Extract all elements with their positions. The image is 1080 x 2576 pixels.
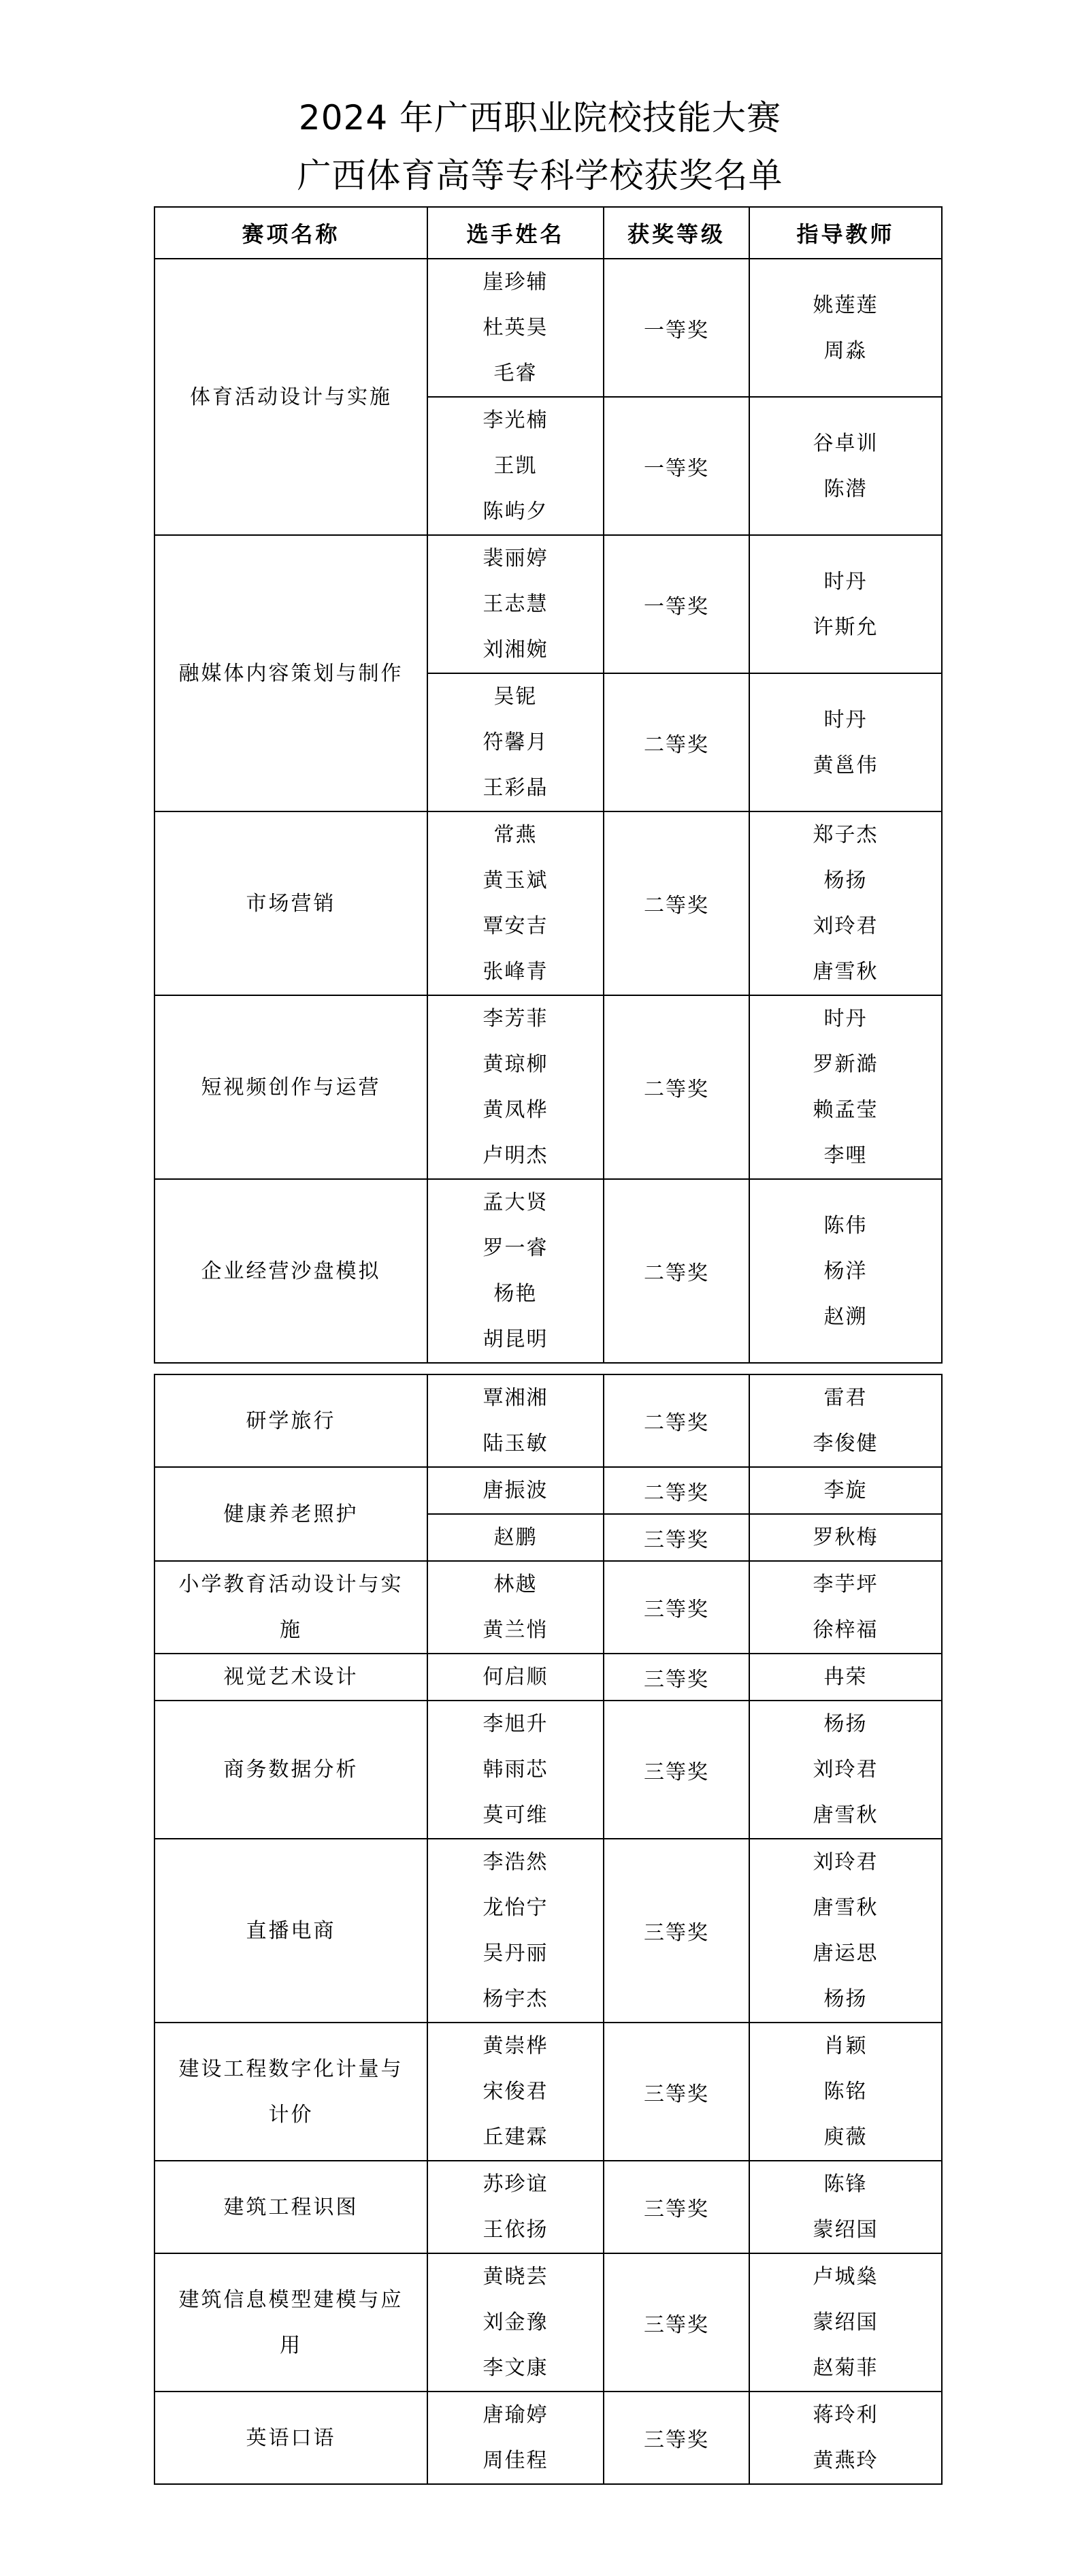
teacher-name: 李旋 [750, 1468, 941, 1513]
teacher-names-cell: 刘玲君唐雪秋唐运思杨扬 [749, 1839, 942, 2023]
award-level-cell: 三等奖 [604, 1561, 749, 1654]
student-names-cell: 唐振波 [427, 1467, 604, 1514]
teacher-names-cell: 谷卓训陈潜 [749, 397, 942, 535]
student-name: 周佳程 [428, 2438, 603, 2483]
award-level-cell: 一等奖 [604, 397, 749, 535]
award-level-cell: 三等奖 [604, 2023, 749, 2161]
teacher-name: 周淼 [750, 328, 941, 374]
event-name-cell: 融媒体内容策划与制作 [154, 535, 427, 811]
award-level-cell: 三等奖 [604, 1701, 749, 1839]
awards-table-page-1: 赛项名称 选手姓名 获奖等级 指导教师 体育活动设计与实施崖珍辅杜英昊毛睿一等奖… [154, 206, 943, 1364]
student-name: 李浩然 [428, 1839, 603, 1885]
teacher-name: 李芋坪 [750, 1562, 941, 1607]
header-teacher: 指导教师 [749, 207, 942, 259]
student-name: 唐瑜婷 [428, 2392, 603, 2438]
teacher-name: 李哩 [750, 1133, 941, 1178]
teacher-name: 陈伟 [750, 1203, 941, 1249]
table-row: 体育活动设计与实施崖珍辅杜英昊毛睿一等奖姚莲莲周淼 [154, 259, 942, 397]
student-name: 苏珍谊 [428, 2161, 603, 2207]
teacher-names-cell: 时丹罗新澔赖孟莹李哩 [749, 995, 942, 1179]
teacher-names-cell: 杨扬刘玲君唐雪秋 [749, 1701, 942, 1839]
teacher-name: 赵菊菲 [750, 2345, 941, 2391]
teacher-name: 蒙绍国 [750, 2300, 941, 2345]
student-name: 覃安吉 [428, 903, 603, 949]
teacher-name: 蒋玲利 [750, 2392, 941, 2438]
award-level-cell: 二等奖 [604, 995, 749, 1179]
table-row: 英语口语唐瑜婷周佳程三等奖蒋玲利黄燕玲 [154, 2392, 942, 2484]
teacher-name: 姚莲莲 [750, 283, 941, 328]
teacher-name: 肖颖 [750, 2023, 941, 2069]
student-names-cell: 黄晓芸刘金豫李文康 [427, 2253, 604, 2392]
teacher-name: 许斯允 [750, 605, 941, 650]
header-event: 赛项名称 [154, 207, 427, 259]
teacher-name: 唐雪秋 [750, 949, 941, 995]
student-name: 崖珍辅 [428, 259, 603, 305]
student-names-cell: 唐瑜婷周佳程 [427, 2392, 604, 2484]
table-row: 建筑工程识图苏珍谊王依扬三等奖陈锋蒙绍国 [154, 2161, 942, 2253]
teacher-name: 陈潜 [750, 466, 941, 512]
student-names-cell: 李浩然龙怡宁吴丹丽杨宇杰 [427, 1839, 604, 2023]
teacher-names-cell: 姚莲莲周淼 [749, 259, 942, 397]
teacher-name: 雷君 [750, 1375, 941, 1421]
student-names-cell: 孟大贤罗一睿杨艳胡昆明 [427, 1179, 604, 1363]
teacher-name: 刘玲君 [750, 903, 941, 949]
student-name: 王志慧 [428, 581, 603, 627]
event-name-cell: 企业经营沙盘模拟 [154, 1179, 427, 1363]
student-name: 罗一睿 [428, 1225, 603, 1271]
teacher-name: 罗秋梅 [750, 1515, 941, 1560]
student-name: 唐振波 [428, 1468, 603, 1513]
table-row: 短视频创作与运营李芳菲黄琼柳黄凤桦卢明杰二等奖时丹罗新澔赖孟莹李哩 [154, 995, 942, 1179]
teacher-names-cell: 蒋玲利黄燕玲 [749, 2392, 942, 2484]
student-name: 张峰青 [428, 949, 603, 995]
award-level-cell: 三等奖 [604, 1514, 749, 1561]
event-name-cell: 市场营销 [154, 811, 427, 995]
student-names-cell: 李光楠王凯陈屿夕 [427, 397, 604, 535]
teacher-name: 卢城燊 [750, 2254, 941, 2300]
student-name: 莫可维 [428, 1792, 603, 1838]
teacher-names-cell: 雷君李俊健 [749, 1374, 942, 1467]
teacher-name: 陈锋 [750, 2161, 941, 2207]
table-row: 企业经营沙盘模拟孟大贤罗一睿杨艳胡昆明二等奖陈伟杨洋赵溯 [154, 1179, 942, 1363]
student-name: 宋俊君 [428, 2069, 603, 2114]
document-title-line-1: 2024 年广西职业院校技能大赛 [0, 97, 1080, 138]
teacher-name: 唐雪秋 [750, 1792, 941, 1838]
teacher-names-cell: 时丹黄邕伟 [749, 673, 942, 811]
student-name: 丘建霖 [428, 2114, 603, 2160]
header-award: 获奖等级 [604, 207, 749, 259]
award-level-cell: 一等奖 [604, 535, 749, 673]
table-row: 健康养老照护唐振波二等奖李旋 [154, 1467, 942, 1514]
teacher-names-cell: 李芋坪徐梓福 [749, 1561, 942, 1654]
student-name: 黄玉斌 [428, 858, 603, 903]
event-name-cell: 建筑信息模型建模与应用 [154, 2253, 427, 2392]
student-name: 孟大贤 [428, 1180, 603, 1225]
award-level-cell: 三等奖 [604, 1839, 749, 2023]
table-row: 研学旅行覃湘湘陆玉敏二等奖雷君李俊健 [154, 1374, 942, 1467]
student-name: 黄崇桦 [428, 2023, 603, 2069]
event-name-cell: 短视频创作与运营 [154, 995, 427, 1179]
student-names-cell: 黄崇桦宋俊君丘建霖 [427, 2023, 604, 2161]
teacher-name: 时丹 [750, 996, 941, 1042]
student-name: 赵鹏 [428, 1515, 603, 1560]
student-name: 何启顺 [428, 1654, 603, 1700]
student-name: 杨艳 [428, 1271, 603, 1317]
teacher-name: 唐雪秋 [750, 1885, 941, 1931]
award-level-cell: 二等奖 [604, 673, 749, 811]
student-names-cell: 赵鹏 [427, 1514, 604, 1561]
student-names-cell: 崖珍辅杜英昊毛睿 [427, 259, 604, 397]
student-name: 林越 [428, 1562, 603, 1607]
student-name: 杨宇杰 [428, 1976, 603, 2022]
student-name: 韩雨芯 [428, 1747, 603, 1792]
student-name: 毛睿 [428, 351, 603, 396]
event-name-cell: 商务数据分析 [154, 1701, 427, 1839]
award-level-cell: 二等奖 [604, 1374, 749, 1467]
teacher-names-cell: 卢城燊蒙绍国赵菊菲 [749, 2253, 942, 2392]
teacher-name: 罗新澔 [750, 1042, 941, 1087]
event-name-cell: 健康养老照护 [154, 1467, 427, 1561]
student-name: 陈屿夕 [428, 489, 603, 534]
award-level-cell: 二等奖 [604, 1179, 749, 1363]
student-names-cell: 常燕黄玉斌覃安吉张峰青 [427, 811, 604, 995]
award-level-cell: 三等奖 [604, 2161, 749, 2253]
student-name: 吴丹丽 [428, 1931, 603, 1976]
table-row: 建筑信息模型建模与应用黄晓芸刘金豫李文康三等奖卢城燊蒙绍国赵菊菲 [154, 2253, 942, 2392]
student-name: 符馨月 [428, 720, 603, 765]
event-name-cell: 视觉艺术设计 [154, 1654, 427, 1701]
student-name: 黄凤桦 [428, 1087, 603, 1133]
student-names-cell: 吴铌符馨月王彩晶 [427, 673, 604, 811]
student-name: 黄琼柳 [428, 1042, 603, 1087]
table-row: 市场营销常燕黄玉斌覃安吉张峰青二等奖郑子杰杨扬刘玲君唐雪秋 [154, 811, 942, 995]
teacher-names-cell: 郑子杰杨扬刘玲君唐雪秋 [749, 811, 942, 995]
teacher-name: 黄邕伟 [750, 743, 941, 788]
student-name: 吴铌 [428, 674, 603, 720]
student-name: 裴丽婷 [428, 536, 603, 581]
award-level-cell: 三等奖 [604, 1654, 749, 1701]
event-name-cell: 体育活动设计与实施 [154, 259, 427, 535]
student-names-cell: 覃湘湘陆玉敏 [427, 1374, 604, 1467]
student-name: 龙怡宁 [428, 1885, 603, 1931]
student-name: 李芳菲 [428, 996, 603, 1042]
table-row: 融媒体内容策划与制作裴丽婷王志慧刘湘婉一等奖时丹许斯允 [154, 535, 942, 673]
student-name: 刘金豫 [428, 2300, 603, 2345]
teacher-name: 李俊健 [750, 1421, 941, 1466]
student-name: 黄晓芸 [428, 2254, 603, 2300]
student-names-cell: 苏珍谊王依扬 [427, 2161, 604, 2253]
student-name: 陆玉敏 [428, 1421, 603, 1466]
teacher-names-cell: 冉荣 [749, 1654, 942, 1701]
table-header-row: 赛项名称 选手姓名 获奖等级 指导教师 [154, 207, 942, 259]
awards-table-page-2: 研学旅行覃湘湘陆玉敏二等奖雷君李俊健健康养老照护唐振波二等奖李旋赵鹏三等奖罗秋梅… [154, 1374, 943, 2485]
student-name: 李文康 [428, 2345, 603, 2391]
teacher-name: 杨扬 [750, 1976, 941, 2022]
teacher-name: 庾薇 [750, 2114, 941, 2160]
event-name-cell: 建设工程数字化计量与计价 [154, 2023, 427, 2161]
table-row: 直播电商李浩然龙怡宁吴丹丽杨宇杰三等奖刘玲君唐雪秋唐运思杨扬 [154, 1839, 942, 2023]
award-level-cell: 三等奖 [604, 2253, 749, 2392]
student-name: 王依扬 [428, 2207, 603, 2253]
award-level-cell: 一等奖 [604, 259, 749, 397]
student-names-cell: 何启顺 [427, 1654, 604, 1701]
award-level-cell: 二等奖 [604, 1467, 749, 1514]
student-names-cell: 李旭升韩雨芯莫可维 [427, 1701, 604, 1839]
award-level-cell: 三等奖 [604, 2392, 749, 2484]
teacher-name: 杨扬 [750, 858, 941, 903]
student-names-cell: 裴丽婷王志慧刘湘婉 [427, 535, 604, 673]
teacher-names-cell: 时丹许斯允 [749, 535, 942, 673]
document-title-line-2: 广西体育高等专科学校获奖名单 [0, 155, 1080, 196]
student-name: 李旭升 [428, 1701, 603, 1747]
table-row: 建设工程数字化计量与计价黄崇桦宋俊君丘建霖三等奖肖颖陈铭庾薇 [154, 2023, 942, 2161]
student-name: 常燕 [428, 812, 603, 858]
student-names-cell: 林越黄兰悄 [427, 1561, 604, 1654]
event-name-cell: 直播电商 [154, 1839, 427, 2023]
teacher-names-cell: 李旋 [749, 1467, 942, 1514]
table-row: 小学教育活动设计与实施林越黄兰悄三等奖李芋坪徐梓福 [154, 1561, 942, 1654]
event-name-cell: 建筑工程识图 [154, 2161, 427, 2253]
student-name: 胡昆明 [428, 1317, 603, 1362]
teacher-names-cell: 陈伟杨洋赵溯 [749, 1179, 942, 1363]
teacher-name: 陈铭 [750, 2069, 941, 2114]
teacher-name: 刘玲君 [750, 1839, 941, 1885]
student-names-cell: 李芳菲黄琼柳黄凤桦卢明杰 [427, 995, 604, 1179]
student-name: 刘湘婉 [428, 627, 603, 673]
teacher-name: 郑子杰 [750, 812, 941, 858]
teacher-name: 杨扬 [750, 1701, 941, 1747]
teacher-name: 冉荣 [750, 1654, 941, 1700]
teacher-name: 时丹 [750, 697, 941, 743]
teacher-name: 谷卓训 [750, 421, 941, 466]
teacher-name: 徐梓福 [750, 1607, 941, 1653]
teacher-names-cell: 陈锋蒙绍国 [749, 2161, 942, 2253]
event-name-cell: 研学旅行 [154, 1374, 427, 1467]
teacher-name: 蒙绍国 [750, 2207, 941, 2253]
teacher-names-cell: 肖颖陈铭庾薇 [749, 2023, 942, 2161]
student-name: 覃湘湘 [428, 1375, 603, 1421]
teacher-name: 赖孟莹 [750, 1087, 941, 1133]
student-name: 黄兰悄 [428, 1607, 603, 1653]
table-row: 视觉艺术设计何启顺三等奖冉荣 [154, 1654, 942, 1701]
award-level-cell: 二等奖 [604, 811, 749, 995]
teacher-name: 刘玲君 [750, 1747, 941, 1792]
teacher-name: 唐运思 [750, 1931, 941, 1976]
teacher-name: 时丹 [750, 559, 941, 605]
teacher-names-cell: 罗秋梅 [749, 1514, 942, 1561]
teacher-name: 杨洋 [750, 1249, 941, 1294]
student-name: 王凯 [428, 443, 603, 489]
student-name: 卢明杰 [428, 1133, 603, 1178]
student-name: 杜英昊 [428, 305, 603, 351]
header-student: 选手姓名 [427, 207, 604, 259]
student-name: 李光楠 [428, 398, 603, 443]
student-name: 王彩晶 [428, 765, 603, 811]
event-name-cell: 小学教育活动设计与实施 [154, 1561, 427, 1654]
event-name-cell: 英语口语 [154, 2392, 427, 2484]
teacher-name: 赵溯 [750, 1294, 941, 1340]
table-row: 商务数据分析李旭升韩雨芯莫可维三等奖杨扬刘玲君唐雪秋 [154, 1701, 942, 1839]
teacher-name: 黄燕玲 [750, 2438, 941, 2483]
